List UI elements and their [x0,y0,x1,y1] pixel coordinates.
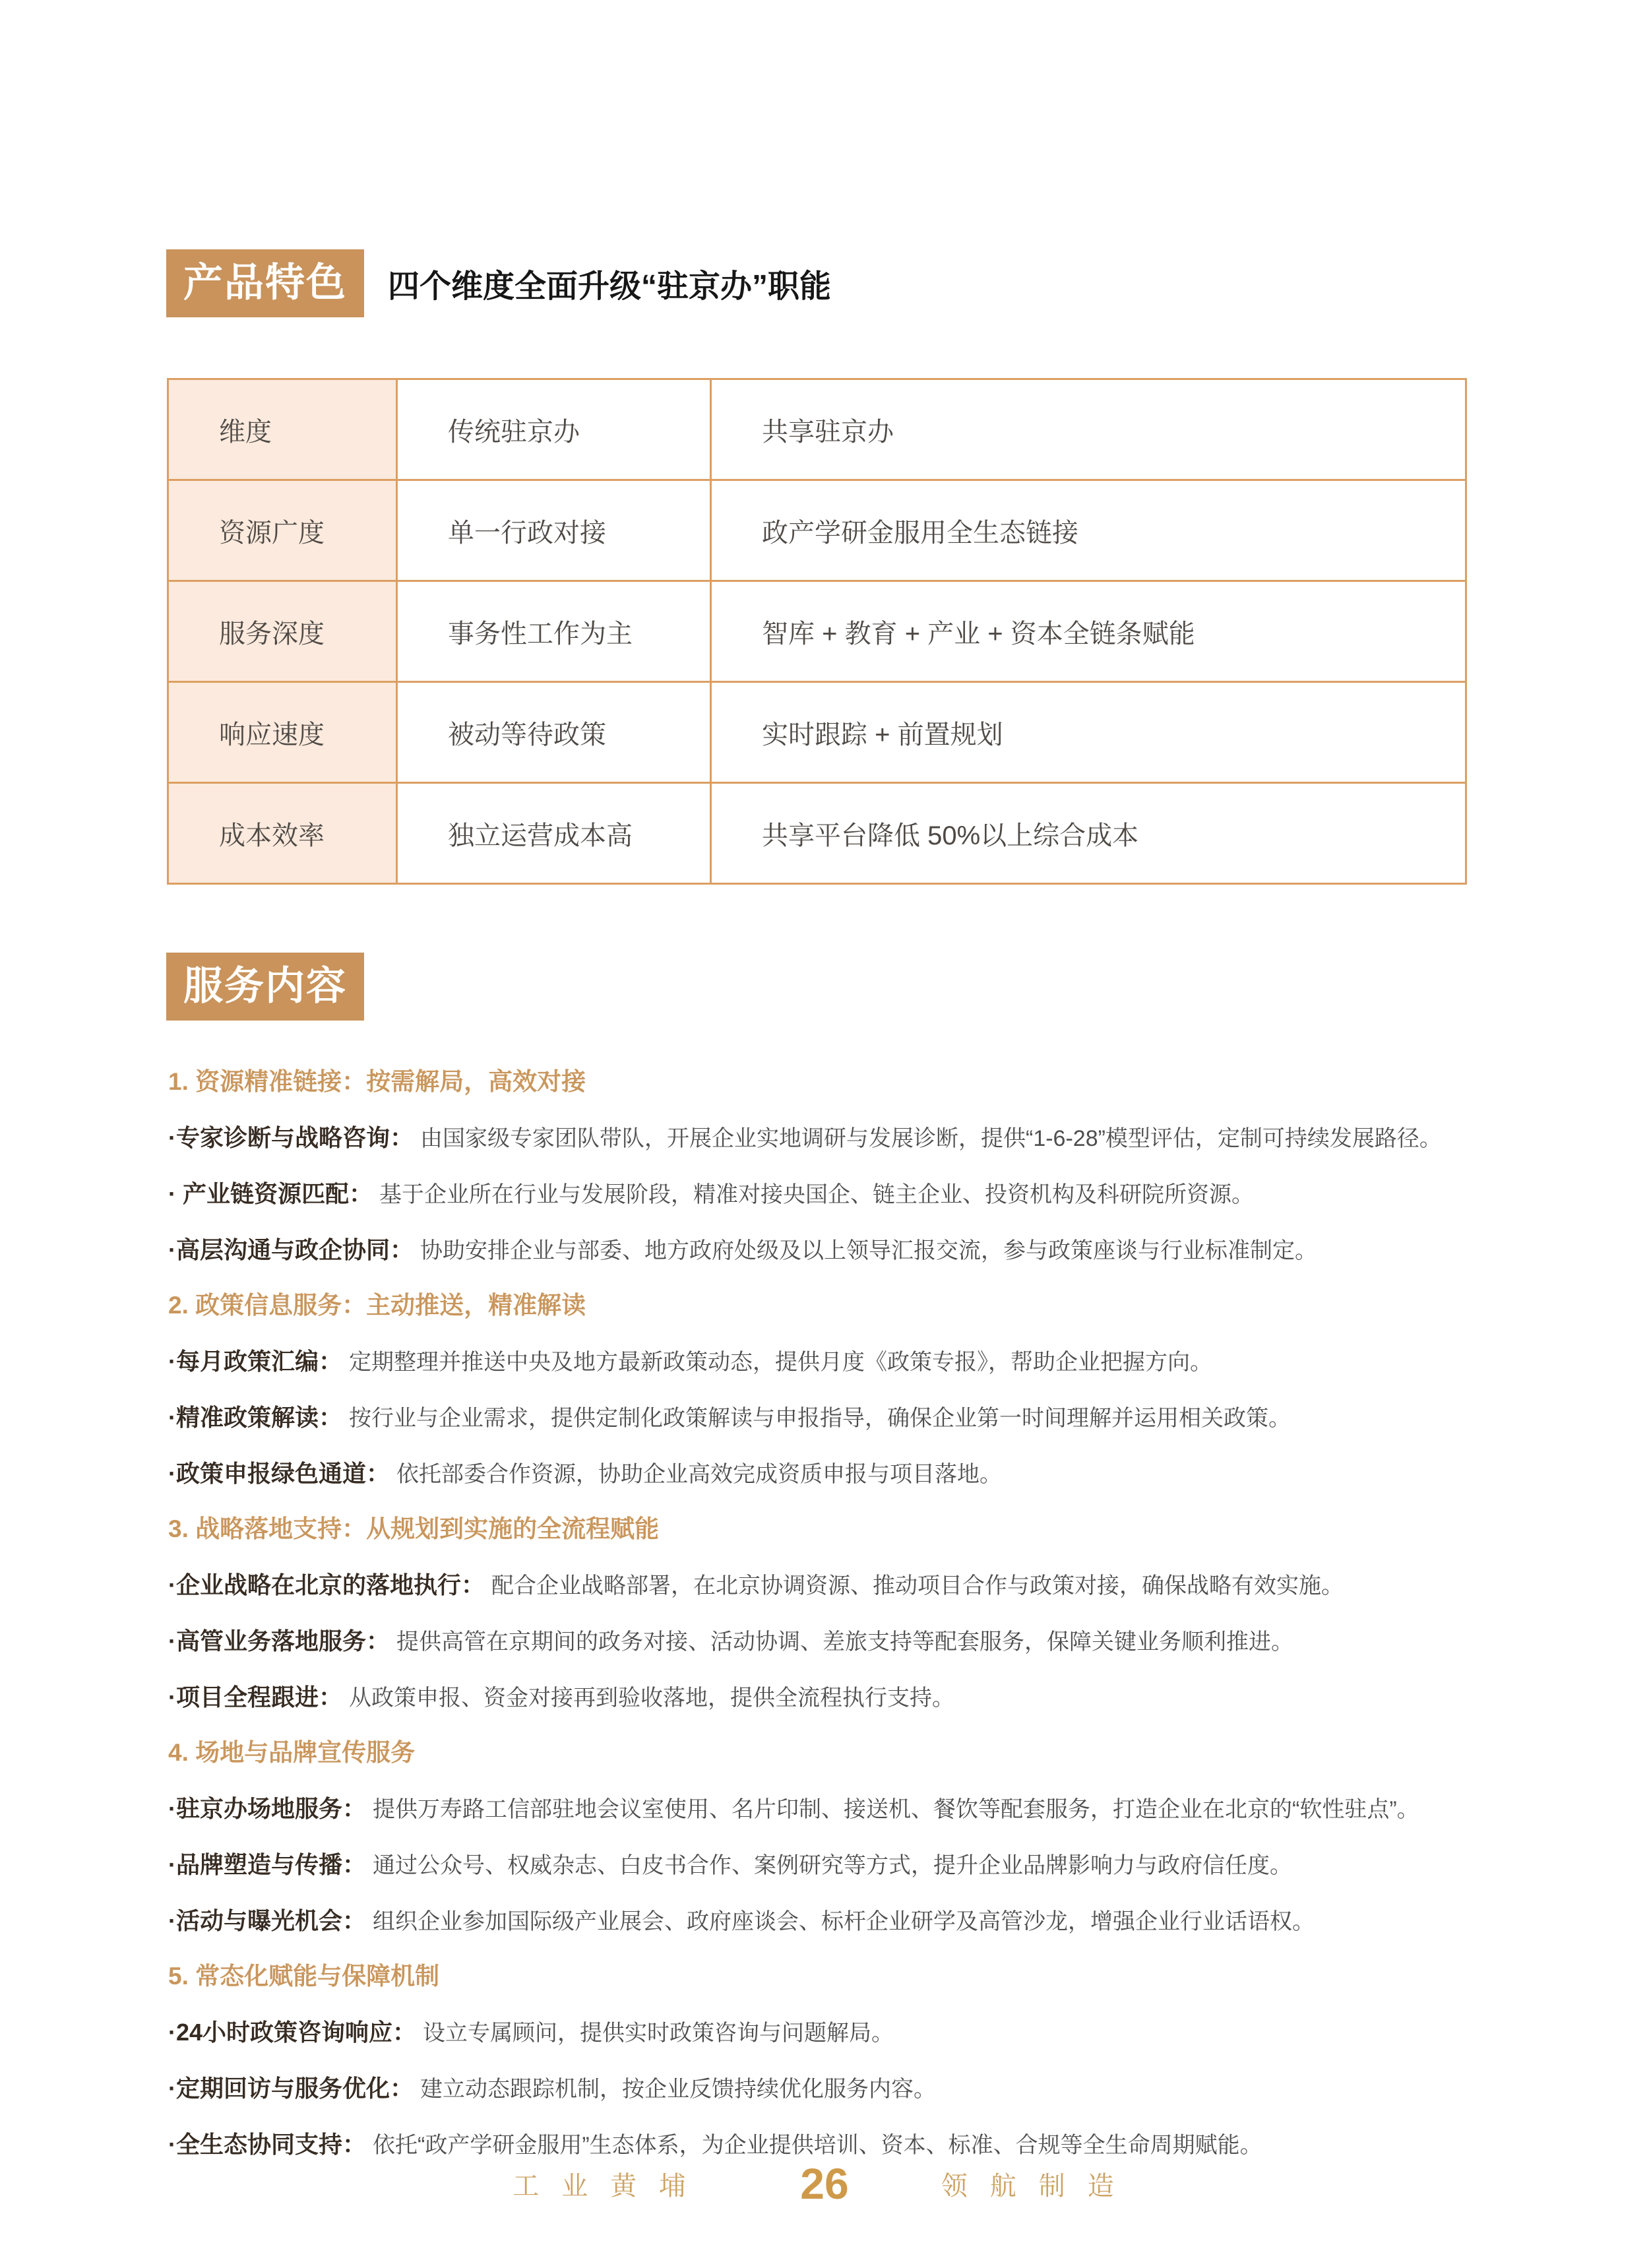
service-group-heading-2: 2. 政策信息服务：主动推送，精准解读 [168,1292,1593,1319]
service-group-heading-1: 1. 资源精准链接：按需解局，高效对接 [168,1069,1593,1096]
service-item-label: ·精准政策解读： [168,1404,342,1431]
table-cell-traditional: 事务性工作为主 [397,581,711,682]
table-row: 响应速度 被动等待政策 实时跟踪 + 前置规划 [168,682,1466,783]
service-item-label: ·定期回访与服务优化： [168,2075,414,2102]
table-cell-shared: 共享驻京办 [711,379,1466,480]
service-item-desc: 从政策申报、资金对接再到验收落地，提供全流程执行支持。 [349,1685,954,1711]
footer-page-number: 26 [800,2158,848,2209]
table-cell-traditional: 独立运营成本高 [397,783,711,884]
comparison-table: 维度 传统驻京办 共享驻京办 资源广度 单一行政对接 政产学研金服用全生态链接 … [167,378,1467,885]
service-item-label: ·24小时政策咨询响应： [168,2019,416,2046]
service-item: ·项目全程跟进：从政策申报、资金对接再到验收落地，提供全流程执行支持。 [168,1684,1593,1711]
service-item-label: ·项目全程跟进： [168,1684,342,1711]
document-page: 产品特色 四个维度全面升级“驻京办”职能 维度 传统驻京办 共享驻京办 资源广度… [0,0,1649,2268]
service-item-label: ·每月政策汇编： [168,1348,342,1375]
table-cell-traditional: 被动等待政策 [397,682,711,783]
service-group-heading-5: 5. 常态化赋能与保障机制 [168,1963,1593,1990]
table-cell-shared: 智库 + 教育 + 产业 + 资本全链条赋能 [711,581,1466,682]
table-cell-shared: 实时跟踪 + 前置规划 [711,682,1466,783]
service-item: ·定期回访与服务优化：建立动态跟踪机制，按企业反馈持续优化服务内容。 [168,2075,1593,2102]
service-item-label: ·专家诊断与战略咨询： [168,1124,414,1151]
table-cell-dimension: 响应速度 [168,682,397,783]
service-item: ·企业战略在北京的落地执行：配合企业战略部署，在北京协调资源、推动项目合作与政策… [168,1571,1593,1599]
table-row: 资源广度 单一行政对接 政产学研金服用全生态链接 [168,480,1466,581]
service-item-desc: 建立动态跟踪机制，按企业反馈持续优化服务内容。 [420,2077,936,2102]
section-badge-service-content: 服务内容 [166,953,364,1021]
service-item-desc: 通过公众号、权威杂志、白皮书合作、案例研究等方式，提升企业品牌影响力与政府信任度… [373,1853,1292,1878]
table-cell-dimension: 维度 [168,379,397,480]
service-item: ·高层沟通与政企协同：协助安排企业与部委、地方政府处级及以上领导汇报交流，参与政… [168,1236,1593,1264]
service-item: ·驻京办场地服务：提供万寿路工信部驻地会议室使用、名片印制、接送机、餐饮等配套服… [168,1795,1593,1823]
service-item: ·精准政策解读：按行业与企业需求，提供定制化政策解读与申报指导，确保企业第一时间… [168,1404,1593,1432]
footer-right-label: 领航制造 [941,2165,1136,2203]
service-item-label: ·高层沟通与政企协同： [168,1236,414,1263]
service-item-desc: 依托“政产学研金服用”生态体系，为企业提供培训、资本、标准、合规等全生命周期赋能… [373,2133,1262,2158]
service-item-desc: 设立专属顾问，提供实时政策咨询与问题解局。 [423,2021,894,2046]
service-item-desc: 按行业与企业需求，提供定制化政策解读与申报指导，确保企业第一时间理解并运用相关政… [349,1406,1291,1431]
service-item-desc: 定期整理并推送中央及地方最新政策动态，提供月度《政策专报》，帮助企业把握方向。 [349,1350,1212,1375]
table-row: 维度 传统驻京办 共享驻京办 [168,379,1466,480]
service-item-desc: 依托部委合作资源，协助企业高效完成资质申报与项目落地。 [396,1462,1002,1487]
service-item-label: ·政策申报绿色通道： [168,1460,390,1487]
service-item-desc: 配合企业战略部署，在北京协调资源、推动项目合作与政策对接，确保战略有效实施。 [491,1573,1344,1598]
section-service-content-header: 服务内容 [166,953,364,1021]
table-cell-shared: 共享平台降低 50%以上综合成本 [711,783,1466,884]
service-group-heading-3: 3. 战略落地支持：从规划到实施的全流程赋能 [168,1516,1593,1543]
table-cell-dimension: 服务深度 [168,581,397,682]
service-item: ·品牌塑造与传播：通过公众号、权威杂志、白皮书合作、案例研究等方式，提升企业品牌… [168,1851,1593,1879]
service-item-desc: 由国家级专家团队带队，开展企业实地调研与发展诊断，提供“1-6-28”模型评估，… [420,1126,1442,1151]
service-item-label: ·全生态协同支持： [168,2131,366,2158]
page-footer: 工业黄埔 26 领航制造 [0,2158,1649,2209]
service-item-label: ·品牌塑造与传播： [168,1851,366,1878]
service-item: ·活动与曝光机会：组织企业参加国际级产业展会、政府座谈会、标杆企业研学及高管沙龙… [168,1907,1593,1935]
service-group-heading-4: 4. 场地与品牌宣传服务 [168,1740,1593,1767]
table-cell-dimension: 成本效率 [168,783,397,884]
service-item-label: ·企业战略在北京的落地执行： [168,1571,485,1598]
service-item: ·专家诊断与战略咨询：由国家级专家团队带队，开展企业实地调研与发展诊断，提供“1… [168,1124,1593,1152]
service-item-desc: 协助安排企业与部委、地方政府处级及以上领导汇报交流，参与政策座谈与行业标准制定。 [420,1238,1317,1263]
services-list: 1. 资源精准链接：按需解局，高效对接 ·专家诊断与战略咨询：由国家级专家团队带… [168,1069,1593,2187]
table-cell-traditional: 传统驻京办 [397,379,711,480]
service-item-desc: 组织企业参加国际级产业展会、政府座谈会、标杆企业研学及高管沙龙，增强企业行业话语… [373,1909,1315,1934]
service-item-label: · 产业链资源匹配： [168,1180,373,1207]
table-row: 成本效率 独立运营成本高 共享平台降低 50%以上综合成本 [168,783,1466,884]
service-item-label: ·驻京办场地服务： [168,1795,366,1822]
section-subtitle-product-features: 四个维度全面升级“驻京办”职能 [388,261,831,306]
service-item-desc: 基于企业所在行业与发展阶段，精准对接央国企、链主企业、投资机构及科研院所资源。 [379,1182,1254,1207]
footer-left-label: 工业黄埔 [513,2165,708,2203]
service-item: ·每月政策汇编：定期整理并推送中央及地方最新政策动态，提供月度《政策专报》，帮助… [168,1348,1593,1375]
table-cell-traditional: 单一行政对接 [397,480,711,581]
service-item: · 产业链资源匹配：基于企业所在行业与发展阶段，精准对接央国企、链主企业、投资机… [168,1180,1593,1208]
service-item: ·政策申报绿色通道：依托部委合作资源，协助企业高效完成资质申报与项目落地。 [168,1460,1593,1488]
table-row: 服务深度 事务性工作为主 智库 + 教育 + 产业 + 资本全链条赋能 [168,581,1466,682]
service-item: ·24小时政策咨询响应：设立专属顾问，提供实时政策咨询与问题解局。 [168,2019,1593,2046]
table-cell-shared: 政产学研金服用全生态链接 [711,480,1466,581]
service-item: ·全生态协同支持：依托“政产学研金服用”生态体系，为企业提供培训、资本、标准、合… [168,2131,1593,2158]
table-cell-dimension: 资源广度 [168,480,397,581]
comparison-table-wrap: 维度 传统驻京办 共享驻京办 资源广度 单一行政对接 政产学研金服用全生态链接 … [167,378,1467,885]
section-product-features-header: 产品特色 四个维度全面升级“驻京办”职能 [166,249,831,317]
service-item-desc: 提供高管在京期间的政务对接、活动协调、差旅支持等配套服务，保障关键业务顺利推进。 [396,1629,1293,1654]
service-item-label: ·活动与曝光机会： [168,1907,366,1934]
service-item-desc: 提供万寿路工信部驻地会议室使用、名片印制、接送机、餐饮等配套服务，打造企业在北京… [373,1797,1419,1822]
service-item: ·高管业务落地服务：提供高管在京期间的政务对接、活动协调、差旅支持等配套服务，保… [168,1627,1593,1655]
service-item-label: ·高管业务落地服务： [168,1627,390,1654]
section-badge-product-features: 产品特色 [166,249,364,317]
